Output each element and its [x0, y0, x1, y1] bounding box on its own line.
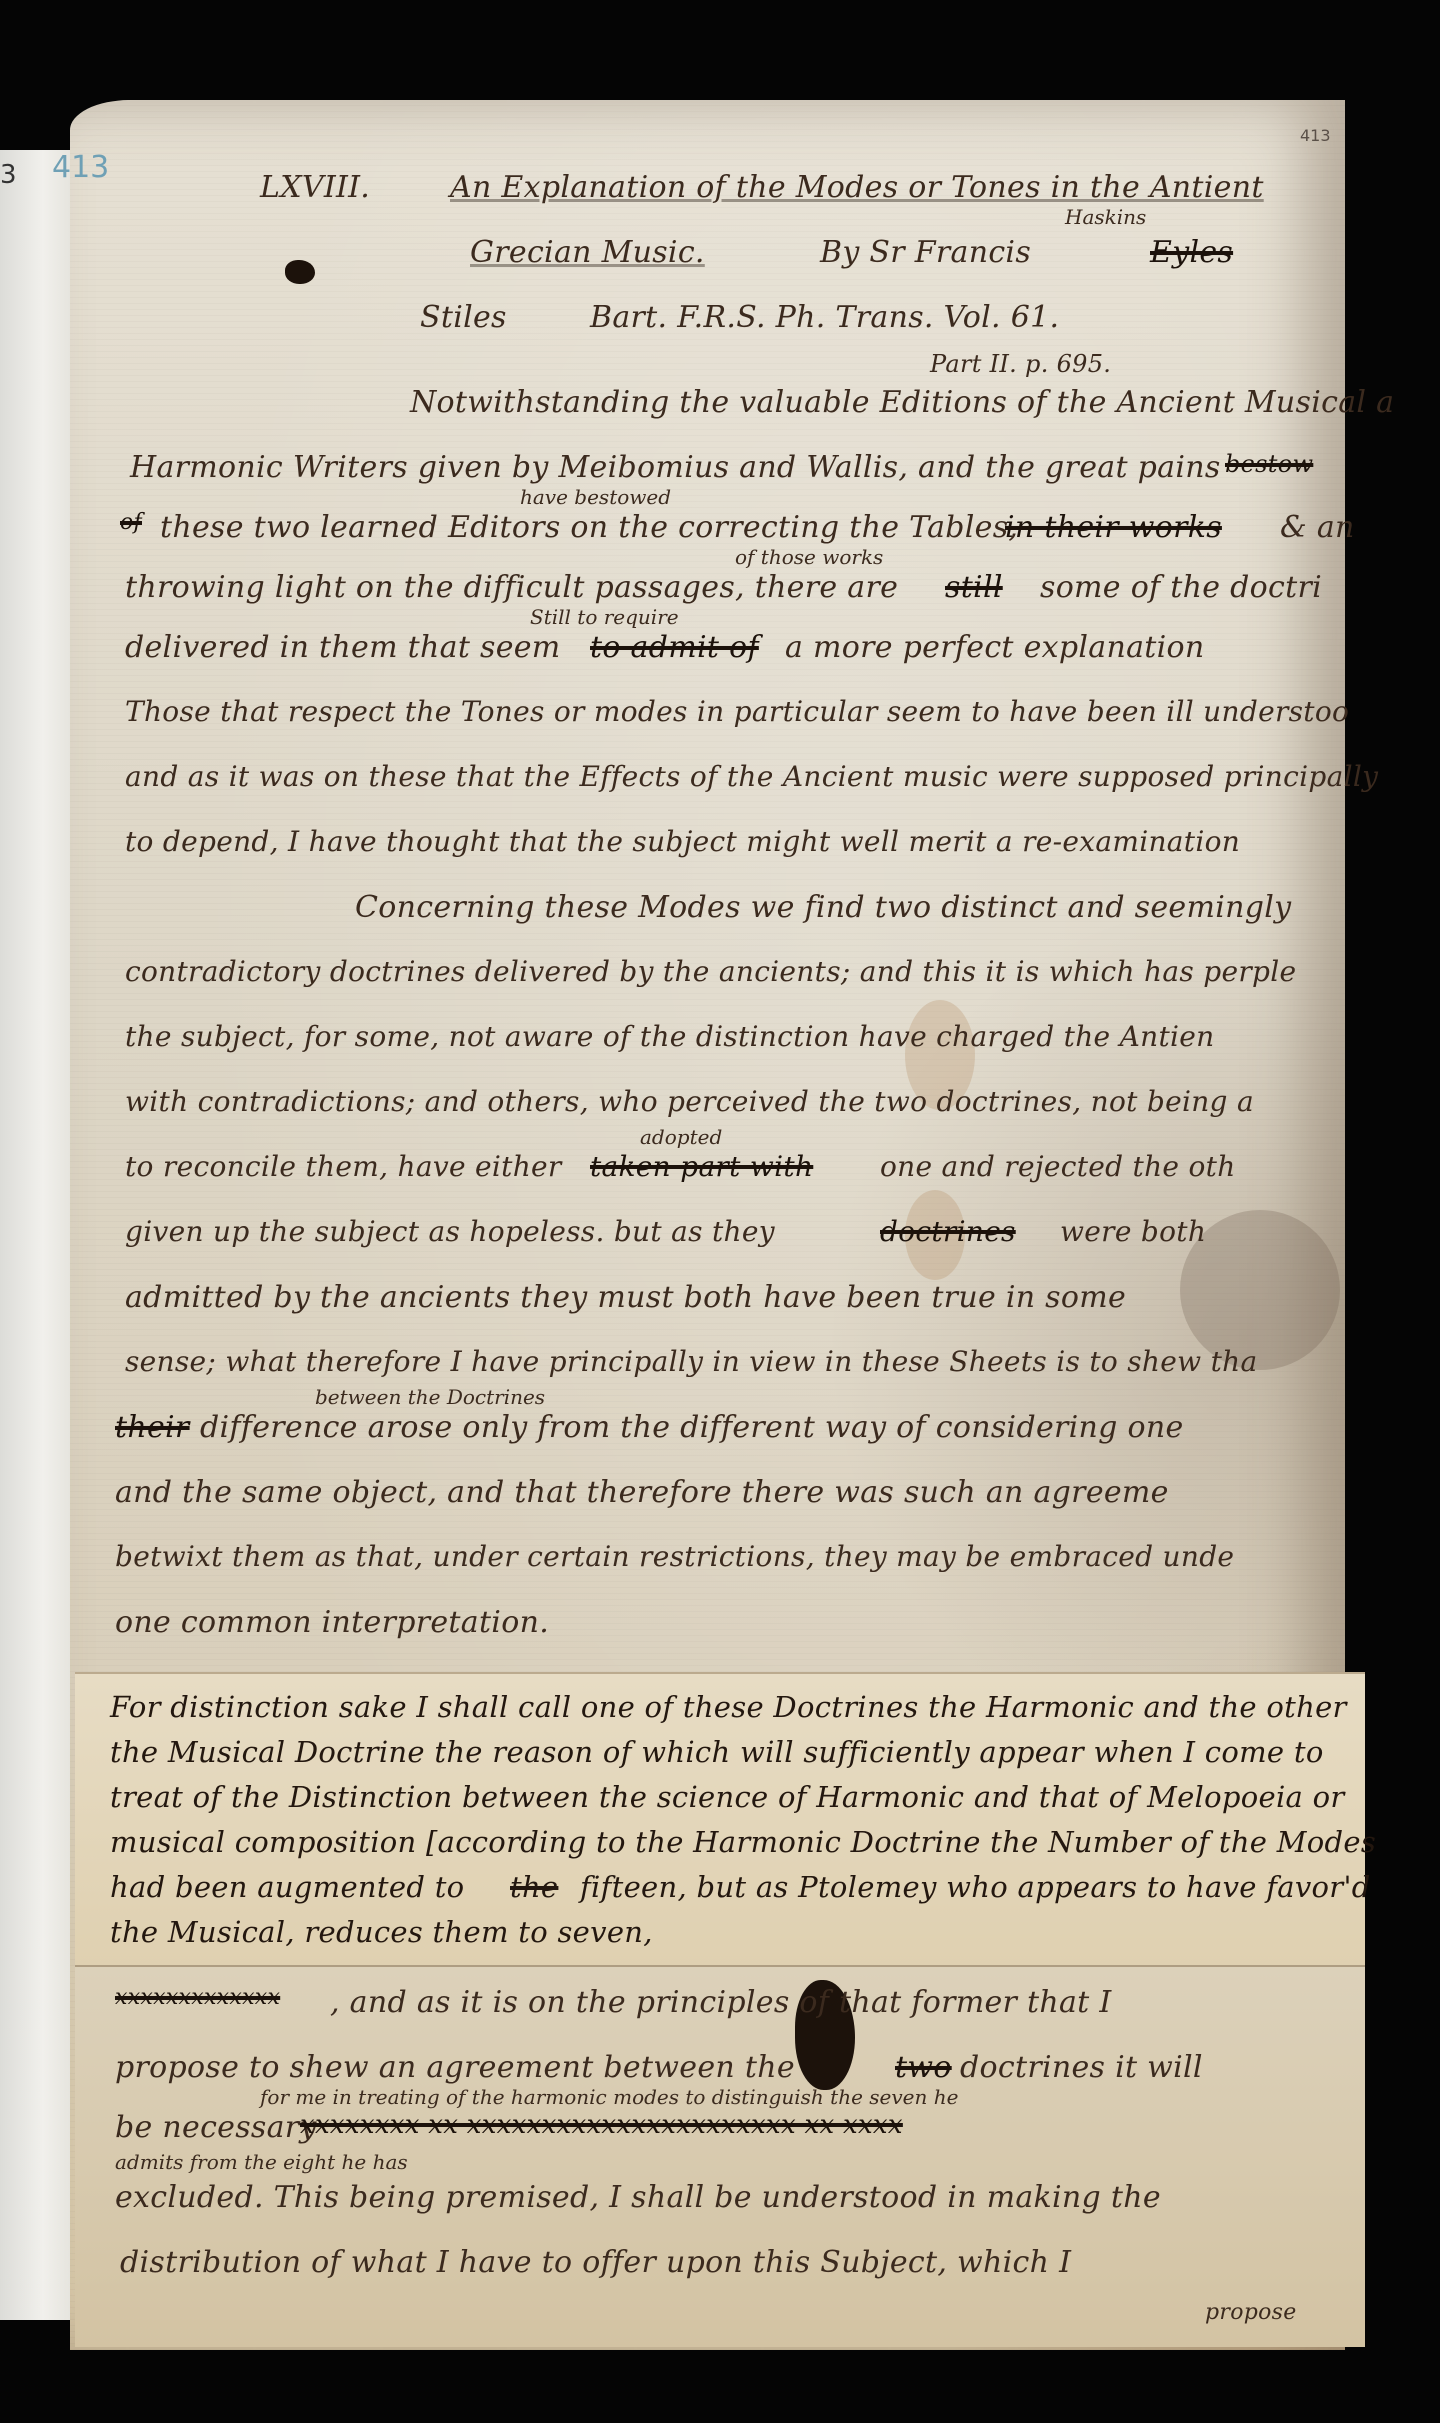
lower-line: propose to shew an agreement between the: [115, 2050, 795, 2085]
insertion: admits from the eight he has: [115, 2150, 408, 2174]
insertion: between the Doctrines: [315, 1385, 545, 1409]
slip-line: For distinction sake I shall call one of…: [110, 1690, 1347, 1724]
struck-word: xxxxxxxxxxxxx: [115, 1985, 280, 2010]
title-line-2a: Grecian Music.: [470, 235, 705, 270]
lower-line: excluded. This being premised, I shall b…: [115, 2180, 1161, 2215]
title-line-3b: Bart. F.R.S. Ph. Trans. Vol. 61.: [590, 300, 1059, 335]
insertion: have bestowed: [520, 485, 671, 509]
body-line: and the same object, and that therefore …: [115, 1475, 1169, 1510]
body-line: Harmonic Writers given by Meibomius and …: [130, 450, 1221, 485]
struck-word: still: [945, 570, 1003, 605]
binding-gutter: [0, 150, 78, 2320]
insertion: for me in treating of the harmonic modes…: [260, 2085, 958, 2109]
slip-line: treat of the Distinction between the sci…: [110, 1780, 1345, 1814]
blue-folio-number: 413: [52, 150, 109, 185]
lower-line: be necessary: [115, 2110, 317, 2145]
lower-line-end: doctrines it will: [960, 2050, 1203, 2085]
lower-line: , and as it is on the principles of that…: [330, 1985, 1112, 2020]
body-line-end: some of the doctri: [1040, 570, 1322, 605]
insertion: Still to require: [530, 605, 679, 629]
insertion: adopted: [640, 1125, 722, 1149]
struck-word: doctrines: [880, 1215, 1016, 1248]
body-line: the subject, for some, not aware of the …: [125, 1020, 1214, 1053]
body-line: to depend, I have thought that the subje…: [125, 825, 1240, 858]
slip-line: had been augmented to: [110, 1870, 464, 1904]
catchword: propose: [1205, 2300, 1297, 2325]
slip-line: the Musical, reduces them to seven,: [110, 1915, 653, 1949]
body-line: throwing light on the difficult passages…: [125, 570, 898, 605]
title-insert: Haskins: [1065, 205, 1146, 229]
struck-word: xxxxxxxx xx xxxxxxxxxxxxxxxxxxxxxx xx xx…: [300, 2110, 903, 2140]
struck-word: their: [115, 1410, 190, 1445]
title-line-4: Part II. p. 695.: [930, 350, 1111, 378]
struck-word: taken part with: [590, 1150, 813, 1183]
body-line-end: & an: [1280, 510, 1355, 545]
struck-word: of: [120, 510, 142, 535]
cut-folio-number: 3: [0, 160, 17, 190]
lower-line: distribution of what I have to offer upo…: [120, 2245, 1071, 2280]
ink-blot: [285, 260, 315, 284]
body-line: one common interpretation.: [115, 1605, 549, 1640]
body-line: Concerning these Modes we find two disti…: [355, 890, 1291, 925]
struck-word: the: [510, 1870, 558, 1904]
item-number: LXVIII.: [260, 170, 370, 205]
body-line-end: a more perfect explanation: [785, 630, 1205, 665]
title-line-3a: Stiles: [420, 300, 507, 335]
pencil-folio-number: 413: [1300, 126, 1331, 145]
body-line: difference arose only from the different…: [200, 1410, 1184, 1445]
body-line-end: were both: [1060, 1215, 1206, 1248]
insertion: of those works: [735, 545, 883, 569]
body-line: Those that respect the Tones or modes in…: [125, 695, 1349, 728]
slip-line: the Musical Doctrine the reason of which…: [110, 1735, 1324, 1769]
slip-line-end: fifteen, but as Ptolemey who appears to …: [580, 1870, 1371, 1904]
body-line: delivered in them that seem: [125, 630, 561, 665]
title-line-2c: Eyles: [1150, 235, 1233, 270]
body-line: contradictory doctrines delivered by the…: [125, 955, 1296, 988]
struck-word: bestow: [1225, 450, 1313, 478]
body-line-end: one and rejected the oth: [880, 1150, 1236, 1183]
body-line: with contradictions; and others, who per…: [125, 1085, 1254, 1118]
body-line: to reconcile them, have either: [125, 1150, 562, 1183]
struck-word: in their works: [1005, 510, 1222, 545]
body-line: given up the subject as hopeless. but as…: [125, 1215, 775, 1248]
body-line: sense; what therefore I have principally…: [125, 1345, 1257, 1378]
body-line: and as it was on these that the Effects …: [125, 760, 1378, 793]
struck-word: to admit of: [590, 630, 759, 665]
body-line: admitted by the ancients they must both …: [125, 1280, 1126, 1315]
body-line: these two learned Editors on the correct…: [160, 510, 1018, 545]
slip-line: musical composition [according to the Ha…: [110, 1825, 1376, 1859]
struck-word: two: [895, 2050, 952, 2085]
body-line: Notwithstanding the valuable Editions of…: [410, 385, 1394, 420]
body-line: betwixt them as that, under certain rest…: [115, 1540, 1234, 1573]
title-line-2b: By Sr Francis: [820, 235, 1031, 270]
title-line-1: An Explanation of the Modes or Tones in …: [450, 170, 1264, 205]
